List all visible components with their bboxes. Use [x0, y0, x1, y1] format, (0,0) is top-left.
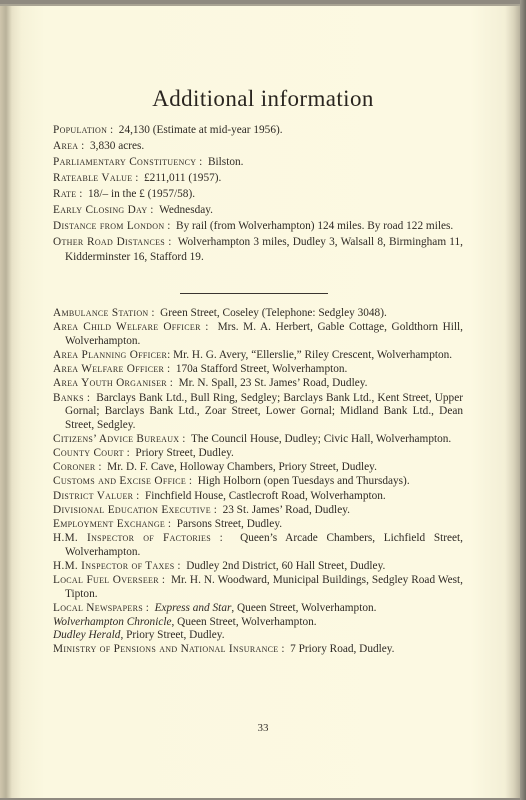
info-entry-rate: Rate : 18/– in the £ (1957/58).	[53, 187, 463, 202]
entry-label: Local Fuel Overseer	[53, 574, 159, 586]
entry-text: 3,830 acres.	[90, 140, 144, 152]
entry-text: Mr. H. G. Avery, “Ellerslie,” Riley Cres…	[173, 349, 452, 361]
entry-label: Banks	[53, 392, 84, 404]
entry-label: Ministry of Pensions and National Insura…	[53, 643, 279, 655]
entry-label: Area Youth Organiser	[53, 377, 167, 389]
entry-text: Bilston.	[208, 156, 243, 168]
newspaper-name: Express and Star	[155, 602, 232, 614]
service-entry: Area Youth Organiser : Mr. N. Spall, 23 …	[53, 377, 463, 391]
entry-label: Population	[53, 124, 107, 136]
general-info-list: Population : 24,130 (Estimate at mid-yea…	[53, 123, 463, 266]
entry-label: Other Road Distances	[53, 236, 165, 248]
book-edge	[520, 0, 526, 800]
page-title: Additional information	[0, 86, 526, 112]
newspaper-line: Dudley Herald, Priory Street, Dudley.	[65, 629, 463, 643]
page-number: 33	[0, 722, 526, 734]
entry-text: High Holborn (open Tuesdays and Thursday…	[198, 475, 410, 487]
entry-label: Area Welfare Officer	[53, 363, 164, 375]
service-entry: Ambulance Station : Green Street, Cosele…	[53, 307, 463, 321]
entry-text: Mr. D. F. Cave, Holloway Chambers, Prior…	[107, 461, 377, 473]
entry-label: H.M. Inspector of Factories	[53, 532, 211, 544]
service-entry: Banks : Barclays Bank Ltd., Bull Ring, S…	[53, 392, 463, 433]
entry-text: The Council House, Dudley; Civic Hall, W…	[191, 433, 451, 445]
entry-text: Green Street, Coseley (Telephone: Sedgle…	[160, 307, 387, 319]
entry-label: Parliamentary Constituency	[53, 156, 196, 168]
service-entry: Customs and Excise Office : High Holborn…	[53, 475, 463, 489]
entry-text: 170a Stafford Street, Wolverhampton.	[176, 363, 348, 375]
info-entry-constituency: Parliamentary Constituency : Bilston.	[53, 155, 463, 170]
service-entry-newspapers: Local Newspapers : Express and Star, Que…	[53, 602, 463, 643]
entry-label: Ambulance Station	[53, 307, 149, 319]
section-divider	[180, 293, 328, 294]
entry-text: 18/– in the £ (1957/58).	[88, 188, 195, 200]
info-entry-area: Area : 3,830 acres.	[53, 139, 463, 154]
info-entry-road-distances: Other Road Distances : Wolverhampton 3 m…	[53, 235, 463, 264]
entry-label: County Court	[53, 447, 124, 459]
entry-label: Area	[53, 140, 78, 152]
entry-label: Rateable Value	[53, 172, 132, 184]
entry-text: Parsons Street, Dudley.	[177, 518, 282, 530]
entry-label: Early Closing Day	[53, 204, 147, 216]
book-page: Additional information Population : 24,1…	[0, 4, 520, 798]
entry-label: Area Child Welfare Officer	[53, 321, 201, 333]
services-list: Ambulance Station : Green Street, Cosele…	[53, 307, 463, 658]
entry-label: Distance from London	[53, 220, 164, 232]
info-entry-population: Population : 24,130 (Estimate at mid-yea…	[53, 123, 463, 138]
service-entry: Coroner : Mr. D. F. Cave, Holloway Chamb…	[53, 461, 463, 475]
entry-label: Citizens’ Advice Bureaux	[53, 433, 179, 445]
service-entry: Citizens’ Advice Bureaux : The Council H…	[53, 433, 463, 447]
entry-text: By rail (from Wolverhampton) 124 miles. …	[176, 220, 453, 232]
entry-label: District Valuer	[53, 490, 133, 502]
newspaper-name: Wolverhampton Chronicle	[53, 616, 172, 628]
entry-label: Local Newspapers	[53, 602, 143, 614]
entry-label: Rate	[53, 188, 76, 200]
info-entry-rateable-value: Rateable Value : £211,011 (1957).	[53, 171, 463, 186]
entry-text: Dudley 2nd District, 60 Hall Street, Dud…	[186, 560, 385, 572]
service-entry: District Valuer : Finchfield House, Cast…	[53, 490, 463, 504]
newspaper-name: Dudley Herald	[53, 629, 120, 641]
info-entry-early-closing: Early Closing Day : Wednesday.	[53, 203, 463, 218]
service-entry: County Court : Priory Street, Dudley.	[53, 447, 463, 461]
info-entry-distance-london: Distance from London : By rail (from Wol…	[53, 219, 463, 234]
service-entry: H.M. Inspector of Taxes : Dudley 2nd Dis…	[53, 560, 463, 574]
entry-text: Wednesday.	[159, 204, 213, 216]
entry-text: Mr. N. Spall, 23 St. James’ Road, Dudley…	[179, 377, 368, 389]
newspaper-address: , Priory Street, Dudley.	[120, 629, 224, 641]
service-entry: Area Welfare Officer : 170a Stafford Str…	[53, 363, 463, 377]
service-entry: Ministry of Pensions and National Insura…	[53, 643, 463, 657]
entry-label: Employment Exchange	[53, 518, 165, 530]
service-entry: Local Fuel Overseer : Mr. H. N. Woodward…	[53, 574, 463, 601]
service-entry: Employment Exchange : Parsons Street, Du…	[53, 518, 463, 532]
entry-text: £211,011 (1957).	[144, 172, 221, 184]
entry-label: Divisional Education Executive	[53, 504, 211, 516]
service-entry: H.M. Inspector of Factories : Queen’s Ar…	[53, 532, 463, 559]
entry-label: Customs and Excise Office	[53, 475, 186, 487]
entry-text: Priory Street, Dudley.	[135, 447, 233, 459]
entry-text: Finchfield House, Castlecroft Road, Wolv…	[145, 490, 386, 502]
newspaper-address: , Queen Street, Wolverhampton.	[231, 602, 376, 614]
entry-text: Barclays Bank Ltd., Bull Ring, Sedgley; …	[65, 392, 463, 431]
entry-text: 7 Priory Road, Dudley.	[290, 643, 394, 655]
service-entry: Divisional Education Executive : 23 St. …	[53, 504, 463, 518]
entry-label: Coroner	[53, 461, 96, 473]
newspaper-line: Wolverhampton Chronicle, Queen Street, W…	[65, 616, 463, 630]
entry-text: 24,130 (Estimate at mid-year 1956).	[119, 124, 283, 136]
service-entry: Area Planning Officer: Mr. H. G. Avery, …	[53, 349, 463, 363]
entry-text: 23 St. James’ Road, Dudley.	[223, 504, 350, 516]
service-entry: Area Child Welfare Officer : Mrs. M. A. …	[53, 321, 463, 348]
entry-label: H.M. Inspector of Taxes	[53, 560, 175, 572]
entry-label: Area Planning Officer	[53, 349, 167, 361]
newspaper-address: , Queen Street, Wolverhampton.	[172, 616, 317, 628]
